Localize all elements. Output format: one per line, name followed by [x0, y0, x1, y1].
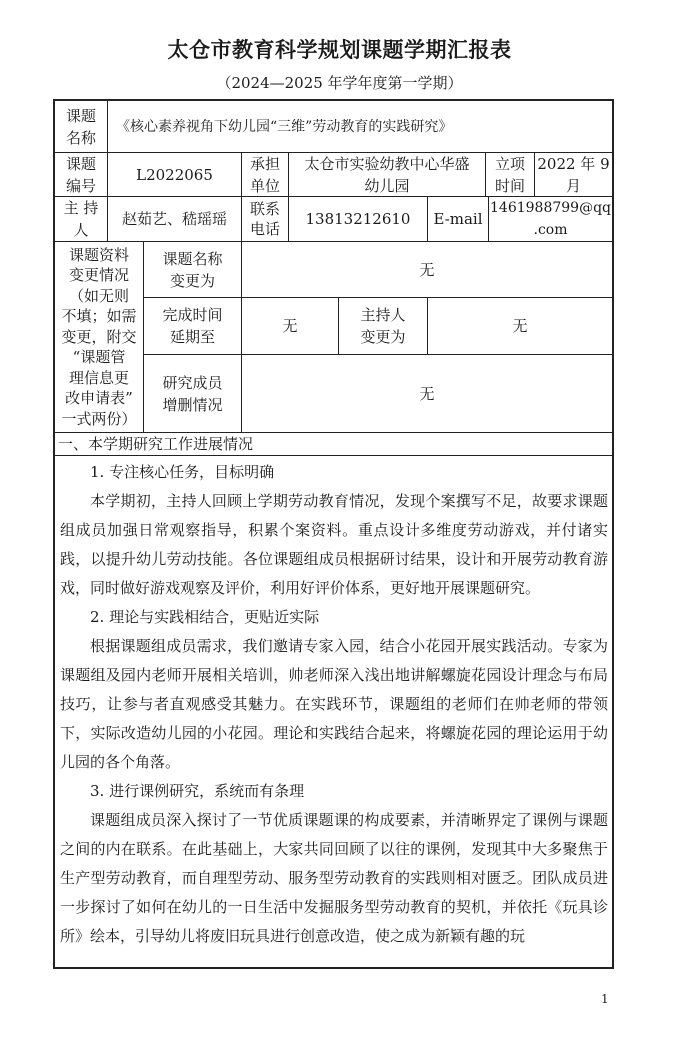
- progress-item-heading: 3. 进行课例研究，系统而有条理: [60, 777, 608, 806]
- deadline-extension-value: 无: [242, 298, 338, 354]
- email-label: E-mail: [428, 197, 488, 241]
- members-change-label: 研究成员 增删情况: [144, 355, 241, 432]
- topic-name-value: 《核心素养视角下幼儿园“三维”劳动教育的实践研究》: [108, 101, 612, 152]
- table-border-bottom: [53, 967, 614, 969]
- name-change-label: 课题名称 变更为: [144, 242, 241, 297]
- name-change-value: 无: [242, 242, 612, 297]
- email-value: 1461988799@qq .com: [489, 197, 612, 241]
- progress-item-text: 根据课题组成员需求，我们邀请专家入园，结合小花园开展实践活动。专家为课题组及园内…: [60, 632, 608, 777]
- progress-item-text: 本学期初，主持人回顾上学期劳动教育情况，发现个案撰写不足，故要求课题组成员加强日…: [60, 487, 608, 603]
- approval-time-value: 2022 年 9 月: [535, 153, 612, 196]
- members-change-value: 无: [242, 355, 612, 432]
- phone-value: 13813212610: [289, 197, 427, 241]
- changes-section-label: 课题资料 变更情况 （如无则 不填；如需 变更，附交 “课题管 理信息更 改申请…: [55, 242, 143, 432]
- progress-item-heading: 1. 专注核心任务，目标明确: [60, 458, 608, 487]
- progress-item-text: 课题组成员深入探讨了一节优质课题课的构成要素，并清晰界定了课例与课题之间的内在联…: [60, 806, 608, 951]
- progress-item-heading: 2. 理论与实践相结合，更贴近实际: [60, 603, 608, 632]
- topic-id-label: 课题 编号: [55, 153, 107, 196]
- phone-label: 联系 电话: [242, 197, 288, 241]
- unit-label: 承担 单位: [242, 153, 288, 196]
- deadline-extension-label: 完成时间 延期至: [144, 298, 241, 354]
- table-border-right: [612, 99, 614, 969]
- progress-body: 1. 专注核心任务，目标明确 本学期初，主持人回顾上学期劳动教育情况，发现个案撰…: [60, 458, 608, 951]
- page-number: 1: [601, 992, 609, 1006]
- unit-value: 太仓市实验幼教中心华盛 幼儿园: [289, 153, 485, 196]
- progress-section-title: 一、本学期研究工作进展情况: [58, 433, 608, 455]
- topic-id-value: L2022065: [108, 153, 241, 196]
- approval-time-label: 立项 时间: [486, 153, 534, 196]
- host-change-label: 主持人 变更为: [339, 298, 427, 354]
- document-subtitle: （2024—2025 年学年度第一学期）: [0, 72, 679, 93]
- topic-name-label: 课题 名称: [55, 101, 107, 152]
- document-title: 太仓市教育科学规划课题学期汇报表: [0, 34, 679, 64]
- host-label: 主 持 人: [55, 197, 107, 241]
- host-value: 赵茹艺、嵇瑶瑶: [108, 197, 241, 241]
- row-divider: [53, 455, 614, 456]
- host-change-value: 无: [428, 298, 612, 354]
